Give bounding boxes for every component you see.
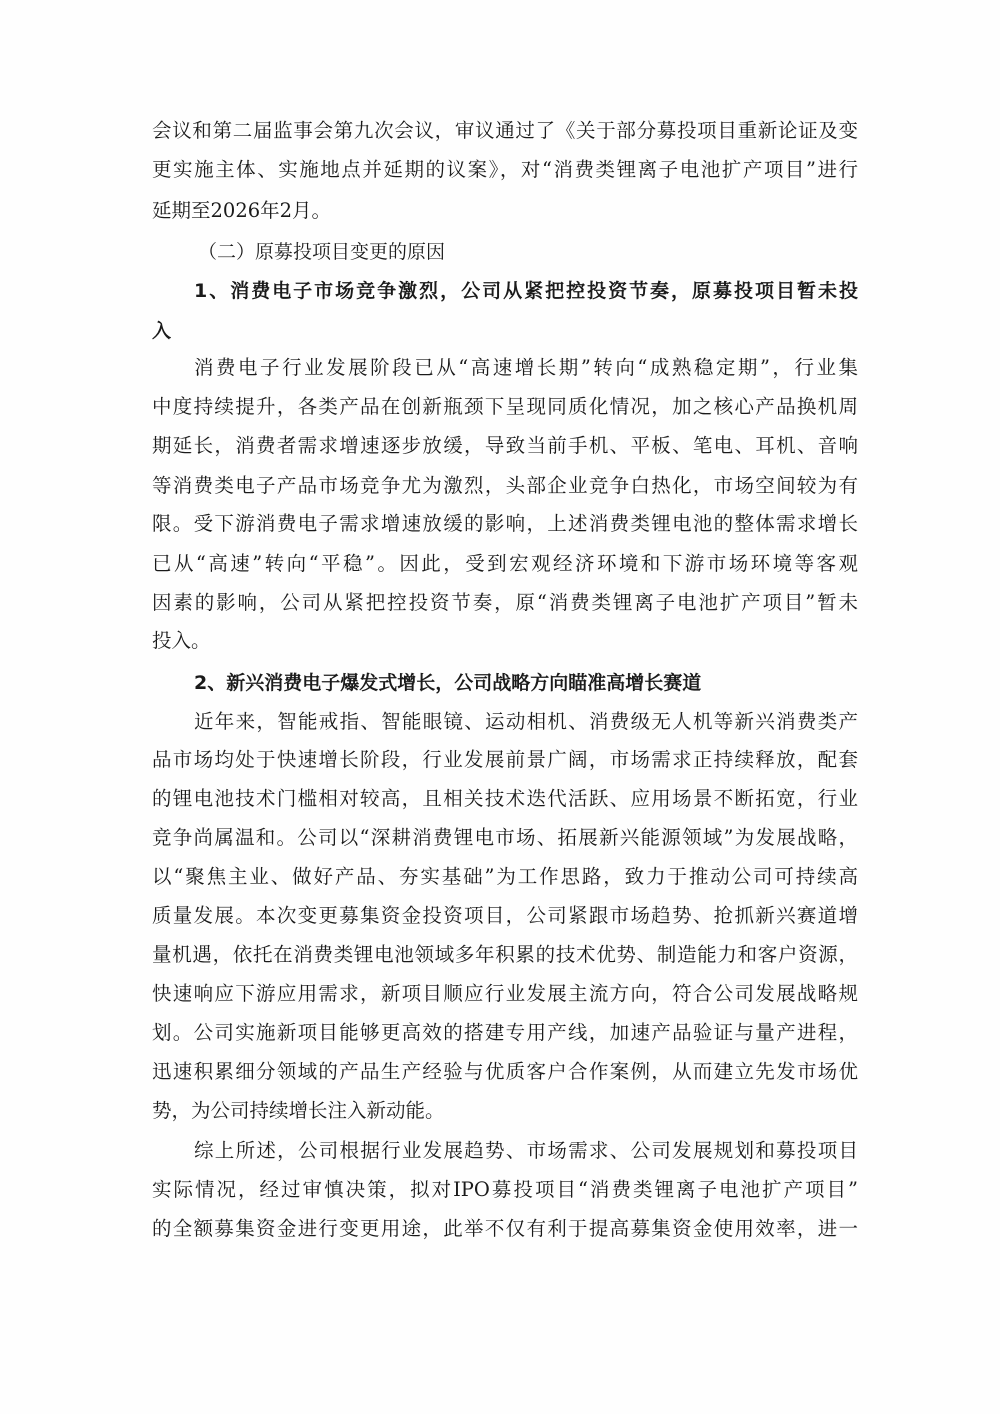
body-text-line: 消费电子行业发展阶段已从“高速增长期”转向“成熟稳定期”，行业集 [194, 353, 858, 383]
body-text-line: 的全额募集资金进行变更用途，此举不仅有利于提高募集资金使用效率，进一 [152, 1214, 858, 1244]
body-text-line: 中度持续提升，各类产品在创新瓶颈下呈现同质化情况，加之核心产品换机周 [152, 392, 858, 422]
body-text-line: 已从“高速”转向“平稳”。因此，受到宏观经济环境和下游市场环境等客观 [152, 549, 858, 579]
body-text-line: 期延长，消费者需求增速逐步放缓，导致当前手机、平板、笔电、耳机、音响 [152, 431, 858, 461]
body-text-line: 实际情况，经过审慎决策，拟对IPO募投项目“消费类锂离子电池扩产项目” [152, 1175, 858, 1205]
body-text-line: 划。公司实施新项目能够更高效的搭建专用产线，加速产品验证与量产进程， [152, 1018, 858, 1048]
body-text-line: 迅速积累细分领域的产品生产经验与优质客户合作案例，从而建立先发市场优 [152, 1057, 858, 1087]
body-text-line: 近年来，智能戒指、智能眼镜、运动相机、消费级无人机等新兴消费类产 [194, 707, 858, 737]
body-text-line: 更实施主体、实施地点并延期的议案》，对“消费类锂离子电池扩产项目”进行 [152, 155, 858, 185]
body-text-line: 以“聚焦主业、做好产品、夯实基础”为工作思路，致力于推动公司可持续高 [152, 862, 858, 892]
sub-heading: 2、新兴消费电子爆发式增长，公司战略方向瞄准高增长赛道 [194, 668, 701, 698]
body-text-line: 势，为公司持续增长注入新动能。 [152, 1096, 858, 1126]
body-text-line: 综上所述，公司根据行业发展趋势、市场需求、公司发展规划和募投项目 [194, 1136, 858, 1166]
body-text-line: 投入。 [152, 626, 858, 656]
document-page: 会议和第二届监事会第九次会议，审议通过了《关于部分募投项目重新论证及变 更实施主… [0, 0, 1000, 1414]
body-text-line: 限。受下游消费电子需求增速放缓的影响，上述消费类锂电池的整体需求增长 [152, 509, 858, 539]
sub-heading: 1、消费电子市场竞争激烈，公司从紧把控投资节奏，原募投项目暂未投 [194, 276, 858, 306]
body-text-line: 会议和第二届监事会第九次会议，审议通过了《关于部分募投项目重新论证及变 [152, 116, 858, 146]
section-heading: （二）原募投项目变更的原因 [198, 237, 445, 267]
body-text-line: 品市场均处于快速增长阶段，行业发展前景广阔，市场需求正持续释放，配套 [152, 745, 858, 775]
body-text-line: 延期至2026年2月。 [152, 196, 858, 226]
body-text-line: 量机遇，依托在消费类锂电池领域多年积累的技术优势、制造能力和客户资源， [152, 940, 858, 970]
body-text-line: 质量发展。本次变更募集资金投资项目，公司紧跟市场趋势、抢抓新兴赛道增 [152, 901, 858, 931]
body-text-line: 竞争尚属温和。公司以“深耕消费锂电市场、拓展新兴能源领域”为发展战略， [152, 823, 858, 853]
sub-heading: 入 [152, 316, 858, 346]
body-text-line: 快速响应下游应用需求，新项目顺应行业发展主流方向，符合公司发展战略规 [152, 979, 858, 1009]
body-text-line: 等消费类电子产品市场竞争尤为激烈，头部企业竞争白热化，市场空间较为有 [152, 471, 858, 501]
body-text-line: 的锂电池技术门槛相对较高，且相关技术迭代活跃、应用场景不断拓宽，行业 [152, 784, 858, 814]
body-text-line: 因素的影响，公司从紧把控投资节奏，原“消费类锂离子电池扩产项目”暂未 [152, 588, 858, 618]
